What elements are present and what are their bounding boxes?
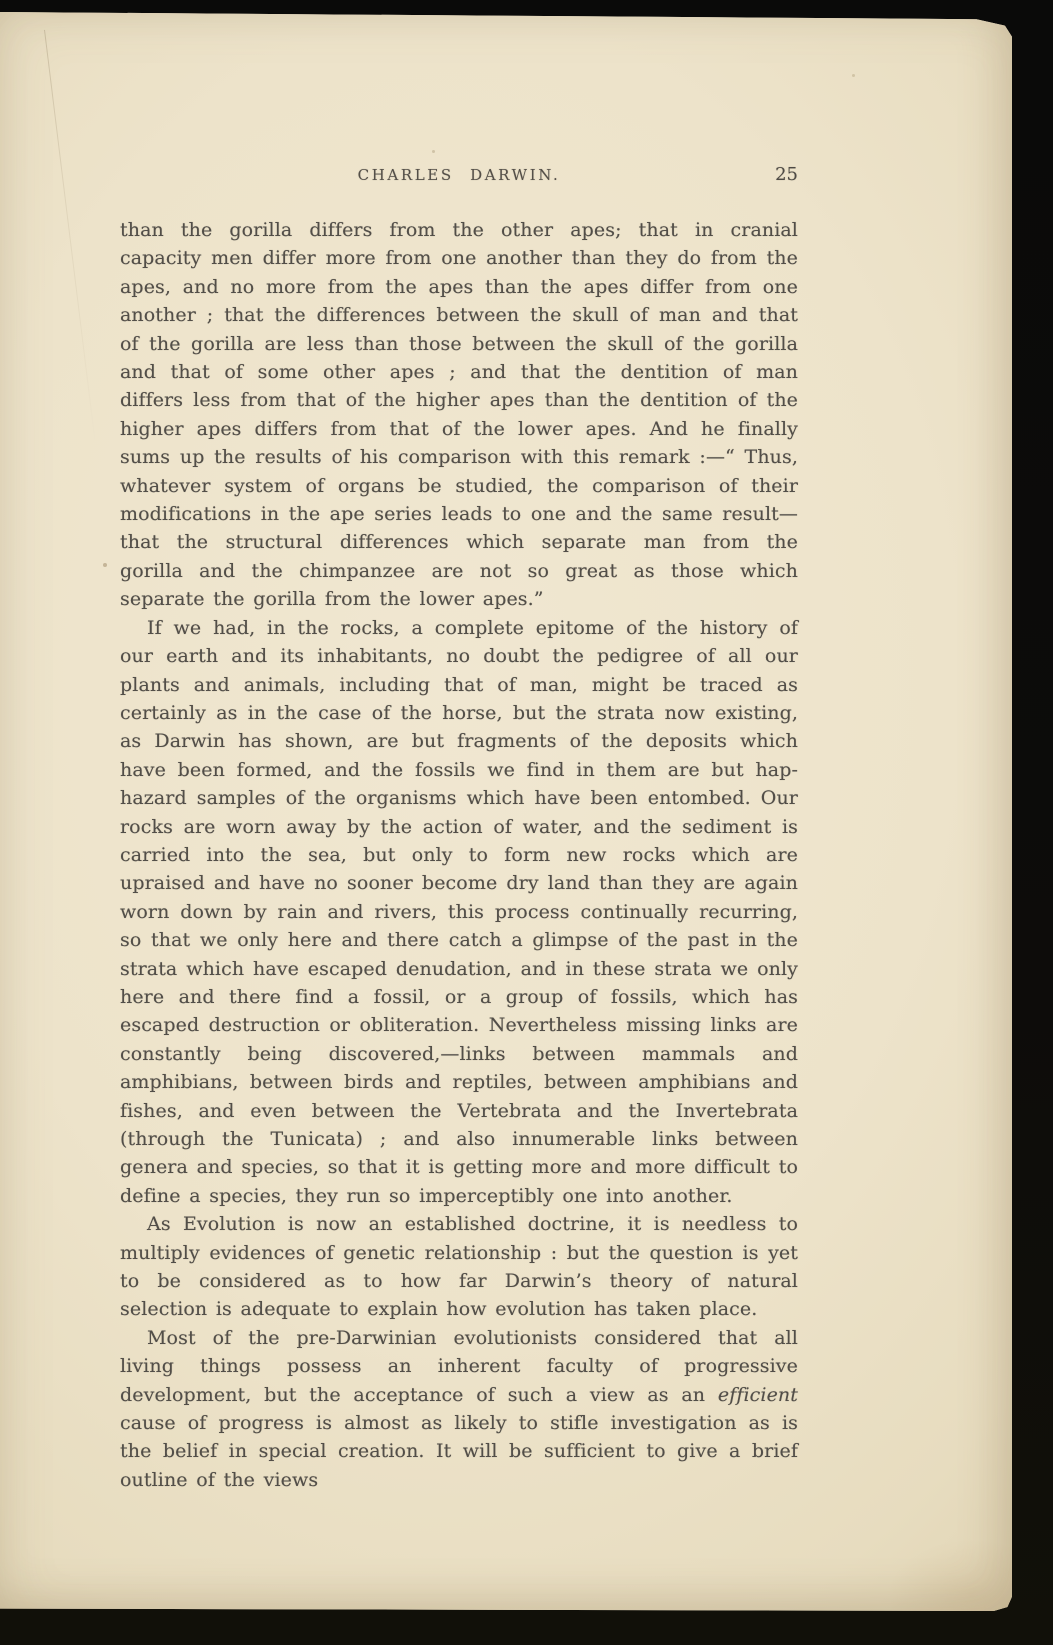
paper-speck [82,1613,88,1618]
paragraph-4: Most of the pre-Darwinian evolutionists … [120,1324,798,1494]
paper-speck [852,74,855,77]
page-number: 25 [775,164,798,185]
scanned-book-photo: CHARLES DARWIN. 25 than the gorilla diff… [0,0,1053,1645]
running-title: CHARLES DARWIN. [120,166,798,184]
running-header: CHARLES DARWIN. 25 [120,166,798,192]
paragraph-4-text-tail: cause of progress is almost as likely to… [120,1412,798,1491]
paragraph-1: than the gorilla differs from the other … [120,216,798,614]
paragraph-2: If we had, in the rocks, a complete epit… [120,614,798,1211]
paper-speck [432,150,435,153]
paragraph-4-text-lead: Most of the pre-Darwinian evolutionists … [120,1327,798,1406]
page-crease [44,30,96,447]
paragraph-3: As Evolution is now an established doctr… [120,1210,798,1324]
body-text: than the gorilla differs from the other … [120,216,798,1494]
paragraph-2-text: If we had, in the rocks, a complete epit… [120,617,798,1207]
book-page: CHARLES DARWIN. 25 than the gorilla diff… [0,12,1012,1611]
paper-speck [103,563,107,567]
paragraph-1-text: than the gorilla differs from the other … [120,219,798,610]
paragraph-3-text: As Evolution is now an established doctr… [120,1213,798,1320]
paragraph-4-italic-word: efficient [718,1384,798,1406]
